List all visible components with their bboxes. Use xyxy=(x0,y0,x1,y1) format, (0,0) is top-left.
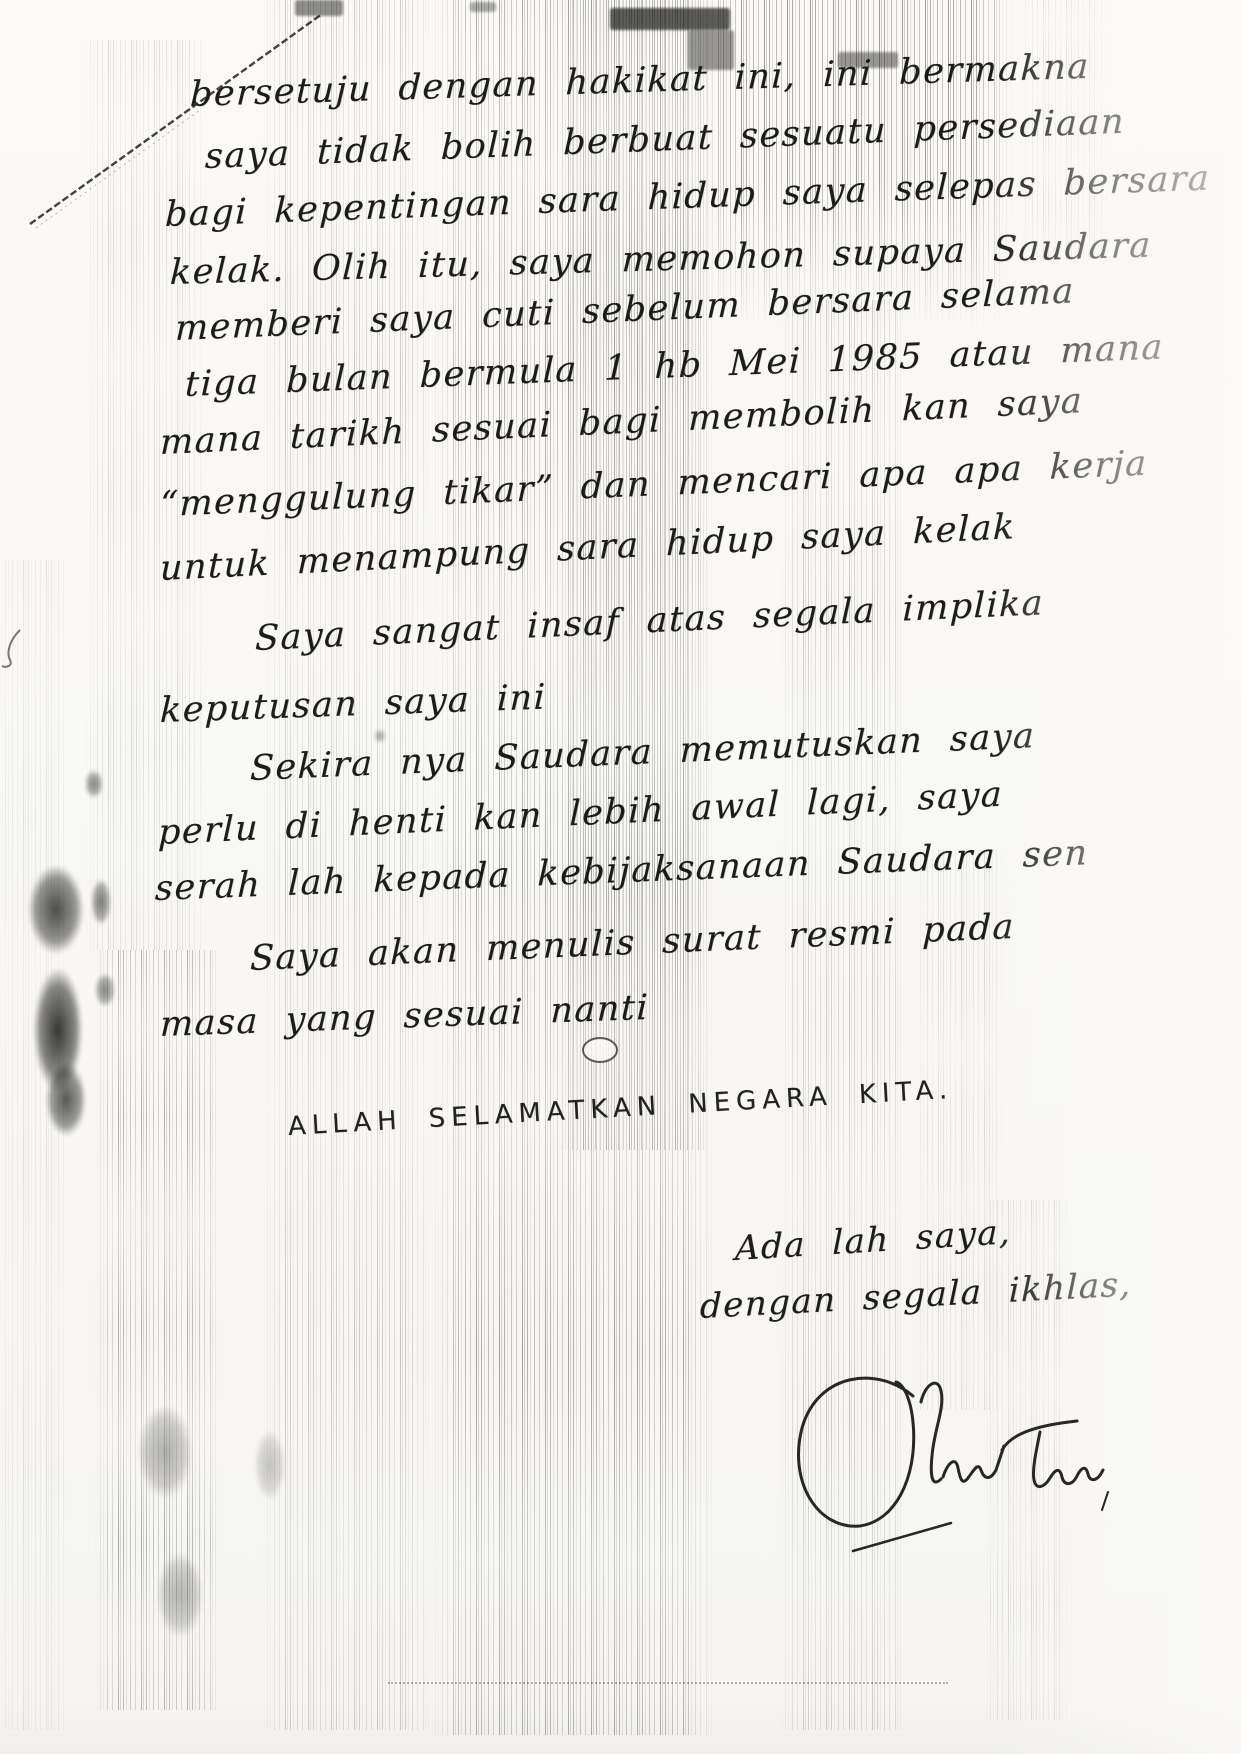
letter-line: Saya akan menulis surat resmi pada xyxy=(250,910,1016,977)
letter-page: bersetuju dengan hakikat ini, ini bermak… xyxy=(0,0,1241,1754)
letter-line: keputusan saya ini xyxy=(159,680,546,729)
letter-line: bersetuju dengan hakikat ini, ini bermak… xyxy=(189,50,1090,113)
closing-line: dengan segala ikhlas, xyxy=(700,1267,1132,1324)
closing-line: Ada lah saya, xyxy=(735,1215,1012,1266)
letter-line: Sekira nya Saudara memutuskan saya xyxy=(250,719,1036,787)
letter-body: bersetuju dengan hakikat ini, ini bermak… xyxy=(0,0,1241,1754)
slogan-line: ALLAH SELAMATKAN NEGARA KITA. xyxy=(287,1075,954,1142)
letter-line: untuk menampung sara hidup saya kelak xyxy=(160,510,1016,587)
letter-line: Saya sangat insaf atas segala implika xyxy=(255,586,1045,657)
letter-line: perlu di henti kan lebih awal lagi, saya xyxy=(158,778,1004,851)
letter-line: saya tidak bolih berbuat sesuatu persedi… xyxy=(204,105,1125,175)
letter-line: masa yang sesuai nanti xyxy=(159,991,649,1043)
